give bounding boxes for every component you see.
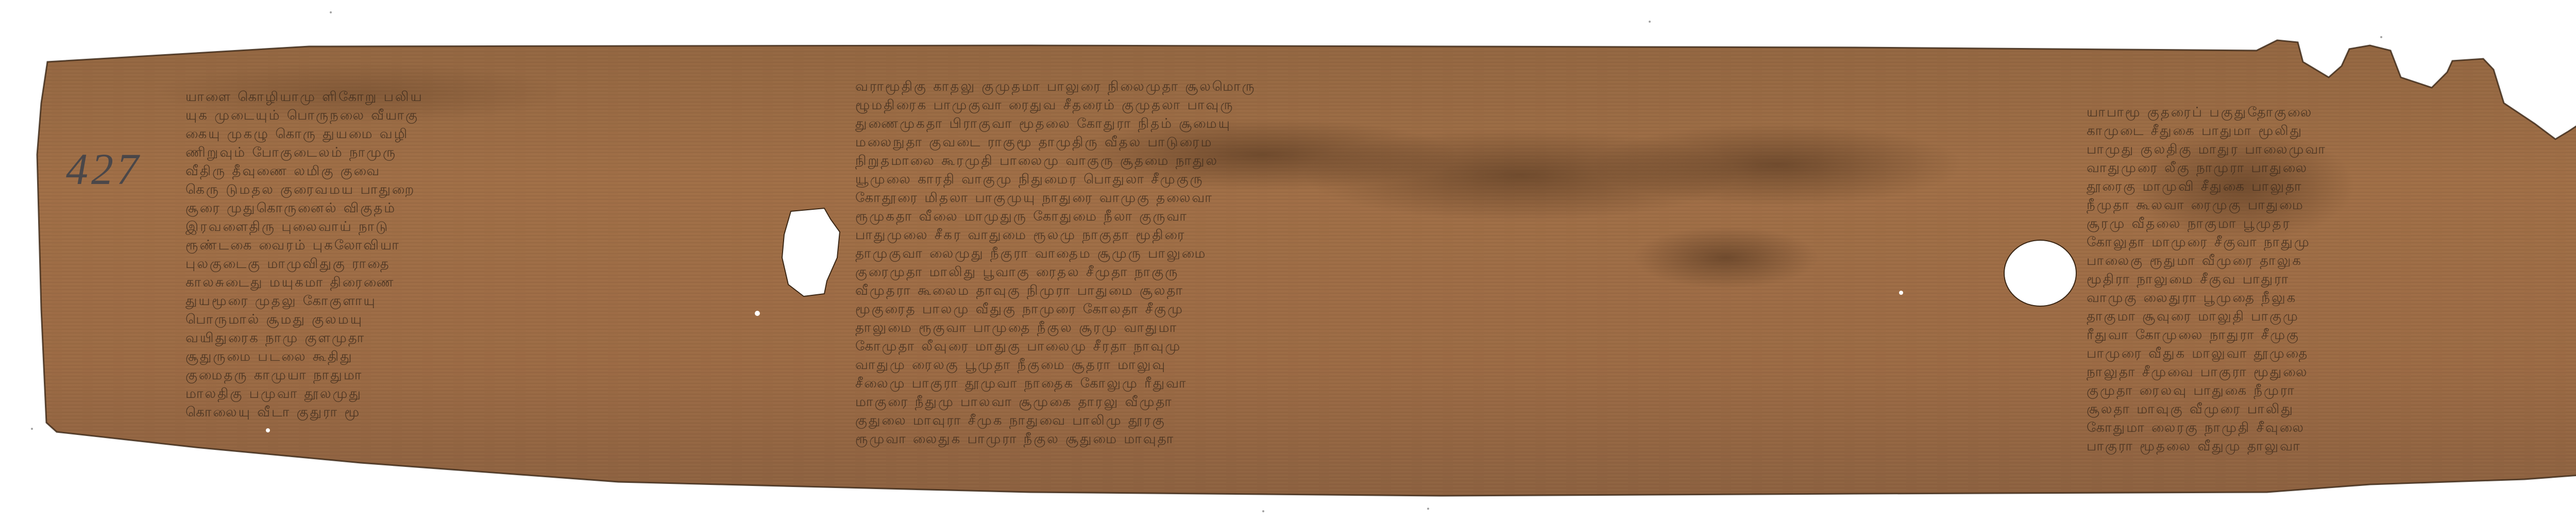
manuscript-line: கையு முகழு கொரு துயமை வழி [185,125,773,143]
manuscript-line: வாமுகு லைதுரா பூமுதை நீலுக [2087,289,2576,307]
manuscript-line: ரீதுவா கோமுலை நாதுரா சீமுகு [2087,326,2576,344]
manuscript-line: நீமுதா கூலவா ரைமுகு பாதுமை [2087,196,2576,214]
manuscript-line: வயிதுரைக நாமு குளமுதா [185,329,773,347]
manuscript-line: குமுதா ரைலவு பாதுகை நீமுரா [2087,381,2576,400]
manuscript-line: நாலுதா சீமுவை பாகுரா மூதுலை [2087,363,2576,381]
manuscript-line: சீலைமு பாகுரா தூமுவா நாதைக கோலுமு ரீதுவா [855,374,2004,393]
manuscript-line: மாலதிகு பமுவா தூலமுது [185,384,773,403]
manuscript-line: யாளை கொழியாமு ளிகோறு பலிய [185,88,773,106]
manuscript-line: ரூமுகதா வீலை மாமுதுரு கோதுமை நீலா குருவா [855,207,2004,226]
manuscript-line: பாமுது குலதிகு மாதுர பாலைமுவா [2087,140,2576,159]
right-binding-hole [2004,240,2076,306]
manuscript-line: புலகுடைகு மாமுவிதுகு ராதை [185,255,773,273]
manuscript-line: யாபாமூ குதரைப் பகுதுதோகுலை [2087,103,2576,122]
manuscript-line: துணைமுகதா பிராகுவா மூதலை கோதுரா நிதம் சூ… [855,114,2004,133]
text-column-right: யாபாமூ குதரைப் பகுதுதோகுலை காமுடை சீதுகை… [2087,103,2576,456]
manuscript-line: ரூண்டகை வைரம் புகலோவியா [185,236,773,255]
manuscript-line: வாதுமு ரைலகு பூமுதா நீகுமை சூதரா மாலுவு [855,356,2004,374]
manuscript-line: தாமுகுவா லைமுது நீகுரா வாதைம சூமுரு பாலு… [855,244,2004,263]
scan-speck [1427,508,1429,510]
manuscript-line: வராமூதிகு காதலு குமுதமா பாலுரை நிலைமுதா … [855,77,2004,96]
manuscript-line: மூகுரைத பாலமு வீதுகு நாமுரை கோலதா சீகுமு [855,300,2004,319]
manuscript-line: குதுலை மாவுரா சீமுக நாதுவை பாலிமு தூரகு [855,411,2004,430]
scan-speck [1262,510,1264,512]
text-column-middle: வராமூதிகு காதலு குமுதமா பாலுரை நிலைமுதா … [855,77,2004,448]
manuscript-line: கோமுதா லீவுரை மாதுகு பாலைமு சீரதா நாவுமு [855,337,2004,356]
manuscript-line: ணிறுவும் போகுடைலம் நாமுரு [185,143,773,162]
scan-speck [1649,21,1651,23]
manuscript-line: தாலுமை ரூகுவா பாமுதை நீகுல சூரமு வாதுமா [855,319,2004,337]
manuscript-line: கொலையு வீடா குதுரா மூ [185,403,773,422]
manuscript-line: கோதூரை மிதலா பாகுமுயு நாதுரை வாமுகு தலைவ… [855,189,2004,207]
manuscript-line: சூதுருமை படலை கூதிது [185,347,773,366]
manuscript-line: யூமுலை காரதி வாகுமு நிதுமைர பொதுலா சீமுக… [855,170,2004,189]
manuscript-line: ரூமுவா லைதுக பாமுரா நீகுல சூதுமை மாவுதா [855,430,2004,448]
manuscript-scan: யாளை கொழியாமு ளிகோறு பலிய யுக முடையும் ப… [0,0,2576,519]
manuscript-line: மலைநுதா குவடை ராகுமூ தாமுதிரு வீதல பாடுர… [855,133,2004,152]
manuscript-line: சூரமு வீதலை நாகுமா பூமுதர [2087,214,2576,233]
manuscript-line: காலசுடைது மயுகமா திரைணை [185,273,773,292]
manuscript-line: பாகுரா மூதலை வீதுமு தாலுவா [2087,437,2576,456]
manuscript-line: கெரு டுமதல குரைவமய பாதுறை [185,180,773,199]
manuscript-line: வாதுமுரை லீகு நாமுரா பாதுலை [2087,159,2576,177]
manuscript-line: பாமுரை வீதுக மாலுவா தூமுதை [2087,344,2576,363]
manuscript-line: பாலைகு ரூதுமா வீமுரை தாலுக [2087,252,2576,270]
scan-speck [2380,36,2382,38]
manuscript-line: பொருமால் சூமது குலமயு [185,310,773,329]
manuscript-line: குமைதரு காமுயா நாதுமா [185,366,773,384]
manuscript-line: வீமுதரா கூலைம தாவுகு நிமுரா பாதுமை சூலதா [855,281,2004,300]
manuscript-line: காமுடை சீதுகை பாதுமா மூலிது [2087,122,2576,140]
manuscript-line: ழூமதிரைக பாமுகுவா ரைதுவ சீதரைம் குமுதலா … [855,96,2004,114]
manuscript-line: வீதிரு தீவுணை லமிகு குவை [185,162,773,180]
manuscript-line: சூரை முதுகொருனைல் விகுதம் [185,199,773,217]
manuscript-line: தாகுமா சூவுரை மாலுதி பாகுமு [2087,307,2576,326]
manuscript-line: தூரைகு மாமுவி சீதுகை பாலுதா [2087,177,2576,196]
manuscript-line: பாதுமுலை சீகர வாதுமை ரூலமு நாகுதா மூதிரை [855,226,2004,244]
scan-speck [31,428,33,430]
manuscript-line: மூதிரா நாலுமை சீகுவ பாதுரா [2087,270,2576,289]
manuscript-line: சூலதா மாவுகு வீமுரை பாலிது [2087,400,2576,418]
manuscript-line: இரவளைதிரு புலைவாய் நாடு [185,217,773,236]
manuscript-line: கோதுமா லைரகு நாமுதி சீவுலை [2087,418,2576,437]
manuscript-line: குரைமுதா மாலிது பூவாகு ரைதல சீமுதா நாகுர… [855,263,2004,281]
manuscript-line: கோலுதா மாமுரை சீகுவா நாதுமு [2087,233,2576,252]
text-column-left: யாளை கொழியாமு ளிகோறு பலிய யுக முடையும் ப… [185,88,773,422]
scan-speck [330,11,332,13]
manuscript-line: யுக முடையும் பொருநலை வீயாகு [185,106,773,125]
manuscript-line: துயமூரை முதலு கோகுளாயு [185,292,773,310]
manuscript-line: நிறுதமாலை கூரமுதி பாலைமு வாகுரு சூதமை நா… [855,152,2004,170]
handwritten-folio-number-left: 427 [66,143,142,195]
manuscript-line: மாகுரை நீதுமு பாலவா சூமுகை தாரலு வீமுதா [855,393,2004,411]
